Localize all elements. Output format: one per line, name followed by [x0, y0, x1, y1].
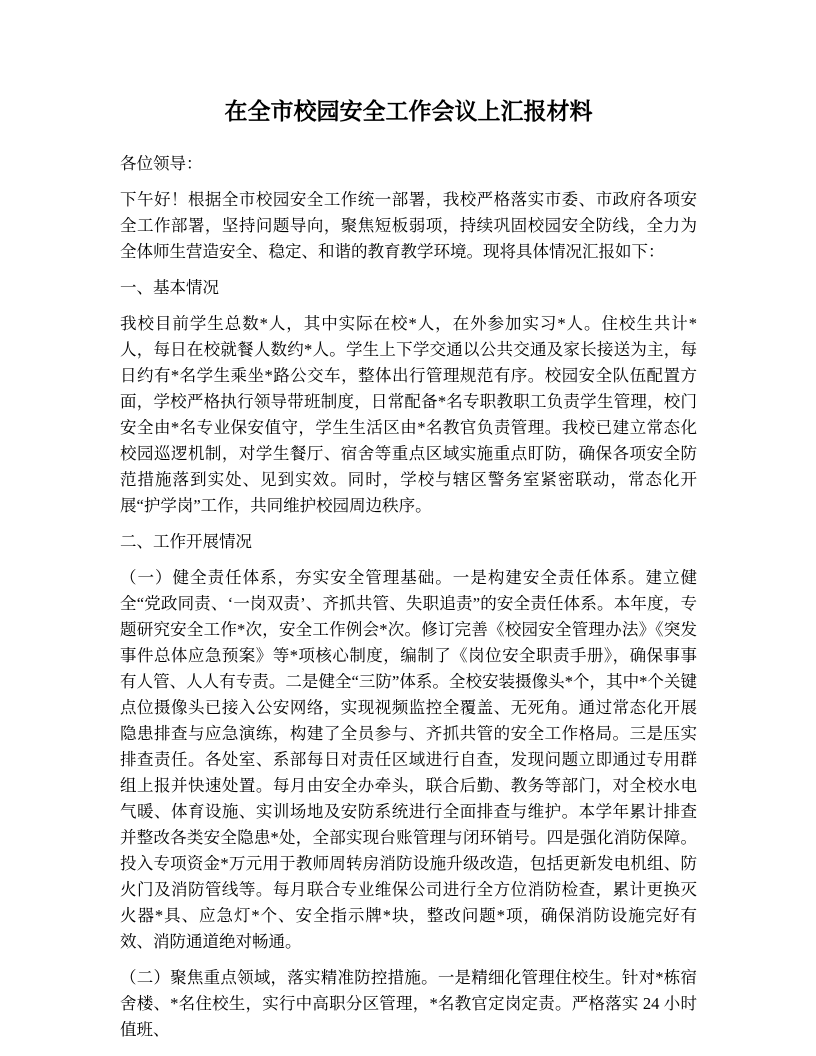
document-title: 在全市校园安全工作会议上汇报材料 [120, 97, 697, 127]
section-heading-work-progress: 二、工作开展情况 [120, 529, 697, 555]
salutation: 各位领导： [120, 151, 697, 177]
section-heading-basic-situation: 一、基本情况 [120, 275, 697, 301]
paragraph-basic-situation: 我校目前学生总数*人，其中实际在校*人，在外参加实习*人。住校生共计*人，每日在… [120, 311, 697, 519]
paragraph-intro: 下午好！根据全市校园安全工作统一部署，我校严格落实市委、市政府各项安全工作部署，… [120, 187, 697, 265]
document-page: 在全市校园安全工作会议上汇报材料 各位领导： 下午好！根据全市校园安全工作统一部… [0, 0, 816, 1056]
paragraph-work-item-2: （二）聚焦重点领域，落实精准防控措施。一是精细化管理住校生。针对*栋宿舍楼、*名… [120, 965, 697, 1043]
paragraph-work-item-1: （一）健全责任体系，夯实安全管理基础。一是构建安全责任体系。建立健全“党政同责、… [120, 565, 697, 955]
